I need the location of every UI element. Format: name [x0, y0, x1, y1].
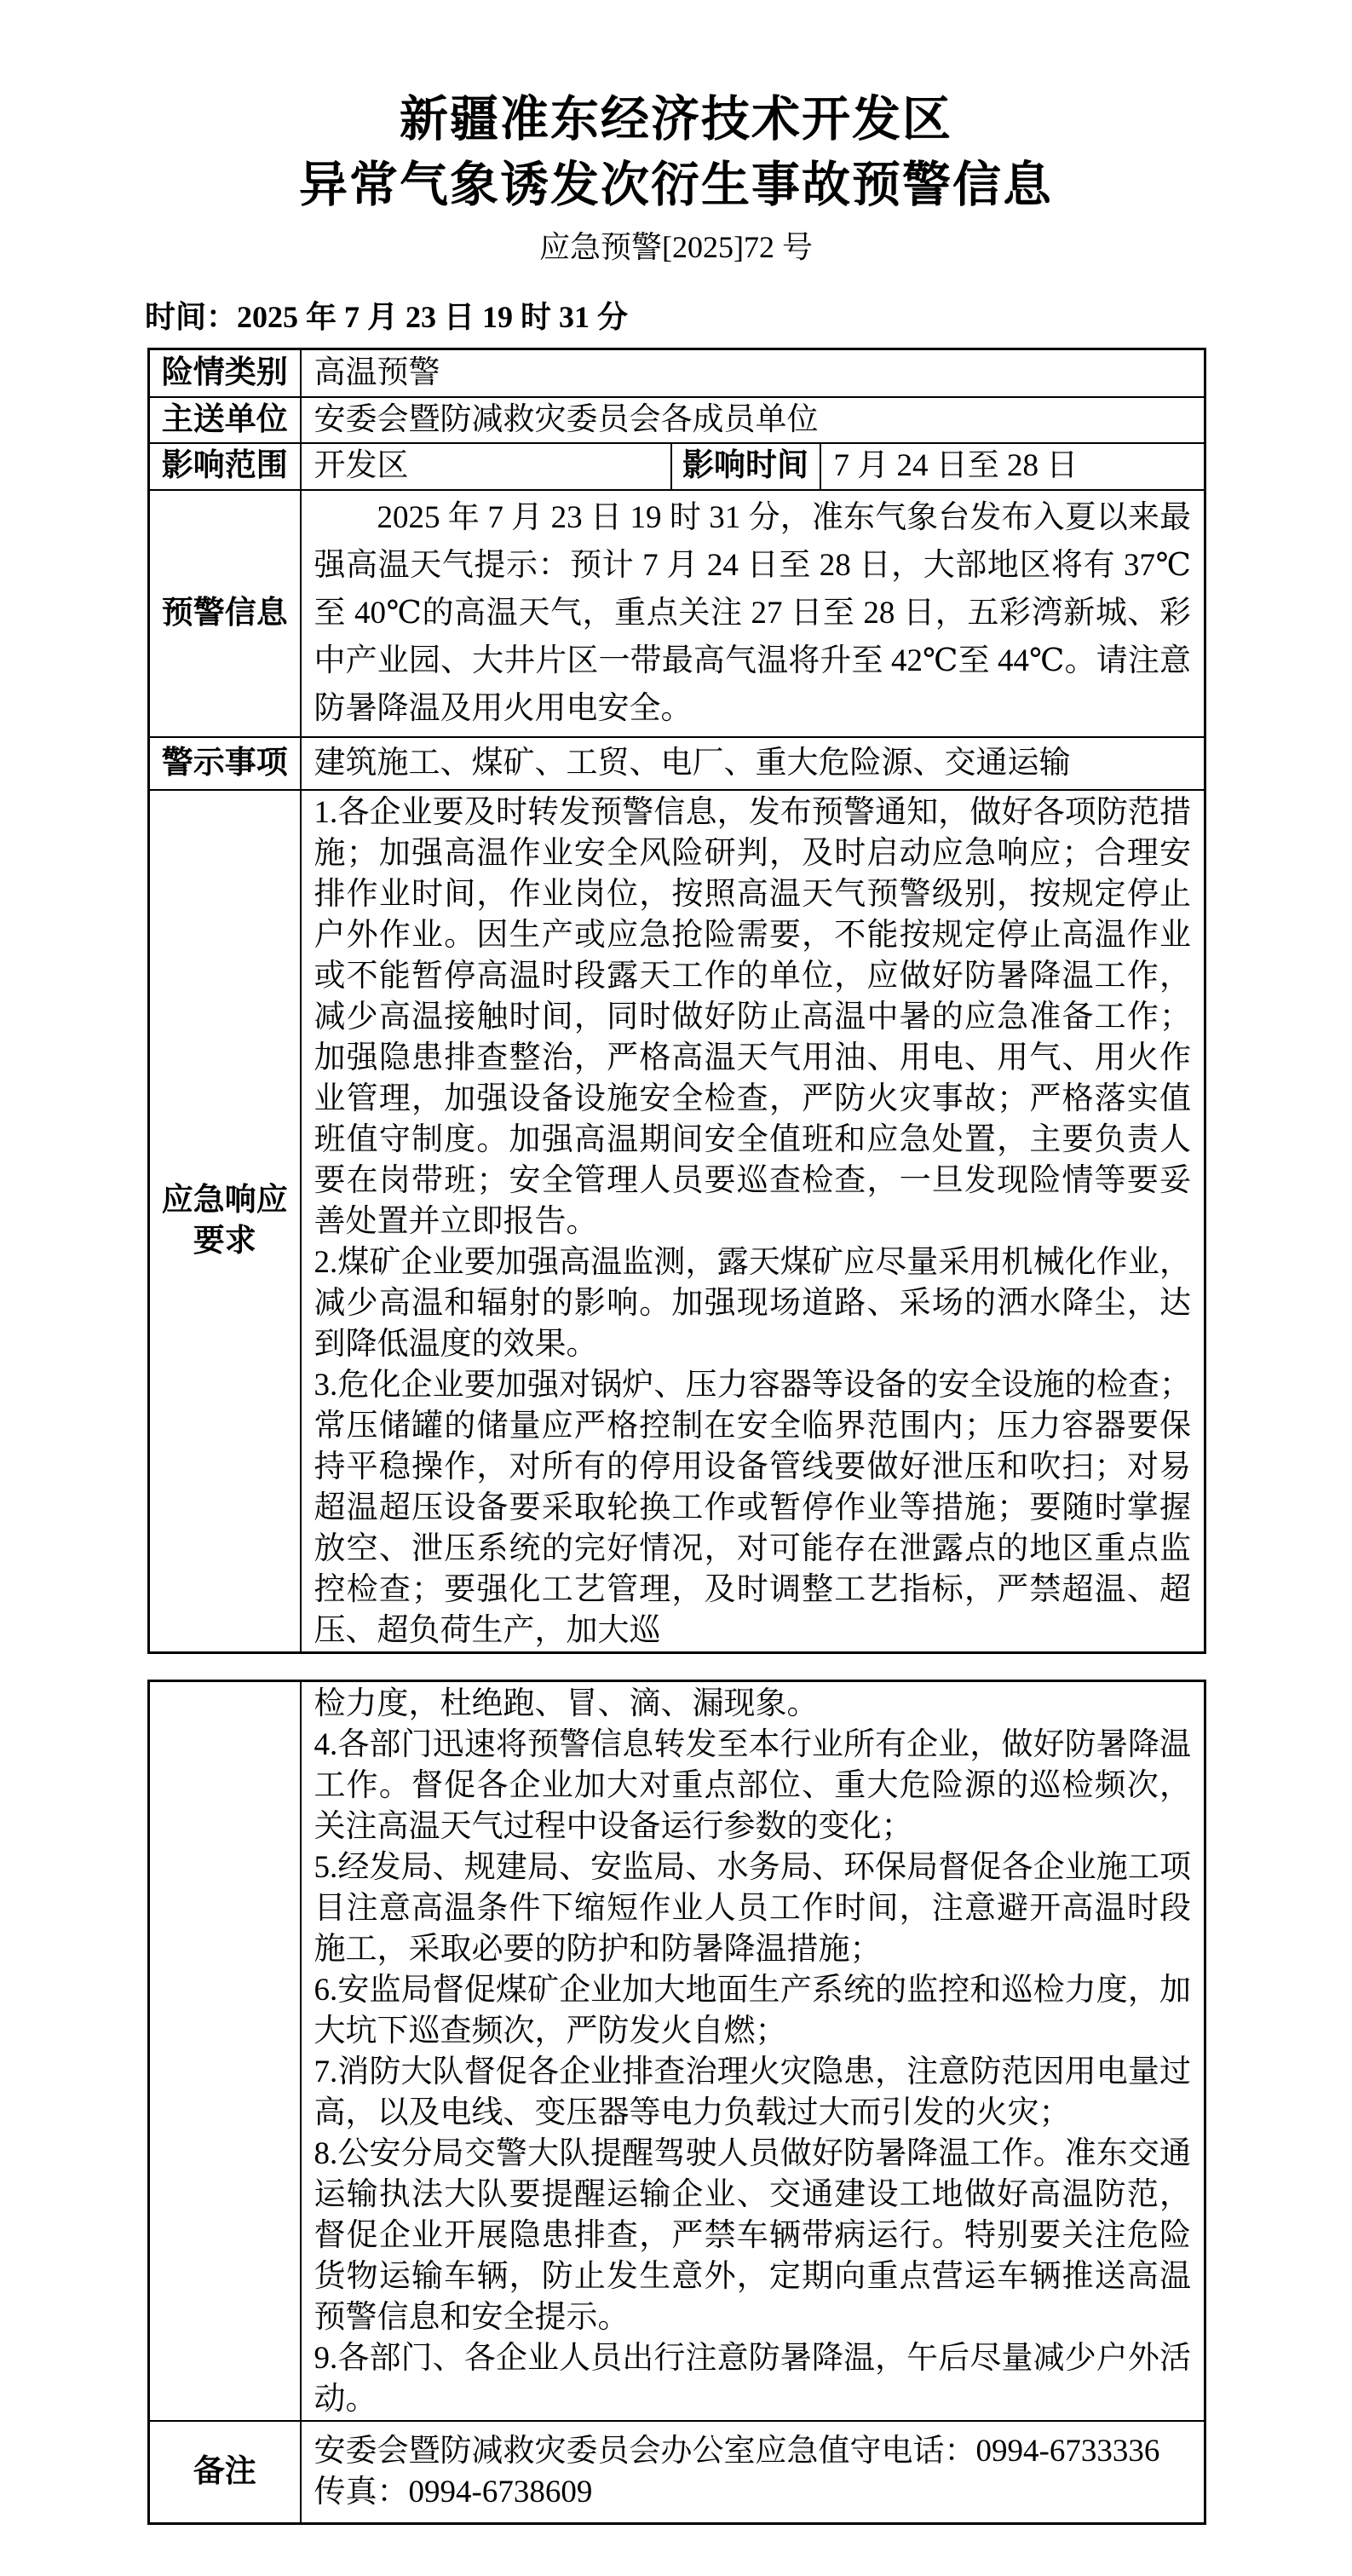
response-item-9: 9.各部门、各企业人员出行注意防暑降温，午后尽量减少户外活动。	[314, 2338, 1192, 2420]
response-items-part1: 1.各企业要及时转发预警信息，发布预警通知，做好各项防范措施；加强高温作业安全风…	[301, 790, 1205, 1653]
warning-table-part2: 检力度，杜绝跑、冒、滴、漏现象。 4.各部门迅速将预警信息转发至本行业所有企业，…	[147, 1680, 1206, 2526]
response-item-2: 2.煤矿企业要加强高温监测，露天煤矿应尽量采用机械化作业，减少高温和辐射的影响。…	[314, 1242, 1192, 1365]
response-item-8: 8.公安分局交警大队提醒驾驶人员做好防暑降温工作。准东交通运输执法大队要提醒运输…	[314, 2134, 1192, 2338]
alert-items-value: 建筑施工、煤矿、工贸、电厂、重大危险源、交通运输	[301, 737, 1205, 790]
alert-items-row: 警示事项 建筑施工、煤矿、工贸、电厂、重大危险源、交通运输	[149, 737, 1205, 790]
recipients-row: 主送单位 安委会暨防减救灾委员会各成员单位	[149, 397, 1205, 443]
warning-info-label: 预警信息	[149, 490, 301, 737]
scope-row: 影响范围 开发区 影响时间 7 月 24 日至 28 日	[149, 443, 1205, 490]
response-items-part2: 检力度，杜绝跑、冒、滴、漏现象。 4.各部门迅速将预警信息转发至本行业所有企业，…	[301, 1680, 1205, 2421]
remark-fax: 传真：0994-6738609	[314, 2472, 1192, 2513]
response-label-empty	[149, 1680, 301, 2421]
remark-phone: 安委会暨防减救灾委员会办公室应急值守电话：0994-6733336	[314, 2431, 1192, 2472]
impact-time-label: 影响时间	[671, 443, 820, 490]
document-number: 应急预警[2025]72 号	[0, 228, 1352, 266]
response-item-5: 5.经发局、规建局、安监局、水务局、环保局督促各企业施工项目注意高温条件下缩短作…	[314, 1847, 1192, 1970]
response-item-1: 1.各企业要及时转发预警信息，发布预警通知，做好各项防范措施；加强高温作业安全风…	[314, 792, 1192, 1242]
response-row-part1: 应急响应要求 1.各企业要及时转发预警信息，发布预警通知，做好各项防范措施；加强…	[149, 790, 1205, 1653]
warning-info-text: 2025 年 7 月 23 日 19 时 31 分，准东气象台发布入夏以来最强高…	[314, 494, 1192, 733]
response-item-3: 3.危化企业要加强对锅炉、压力容器等设备的安全设施的检查；常压储罐的储量应严格控…	[314, 1365, 1192, 1651]
warning-table-part1: 险情类别 高温预警 主送单位 安委会暨防减救灾委员会各成员单位 影响范围 开发区…	[147, 348, 1206, 1654]
recipients-value: 安委会暨防减救灾委员会各成员单位	[301, 397, 1205, 443]
document-title-line1: 新疆准东经济技术开发区	[0, 87, 1352, 153]
response-label: 应急响应要求	[149, 790, 301, 1653]
remark-label: 备注	[149, 2421, 301, 2524]
response-item-4: 4.各部门迅速将预警信息转发至本行业所有企业，做好防暑降温工作。督促各企业加大对…	[314, 1725, 1192, 1847]
issue-timestamp: 时间：2025 年 7 月 23 日 19 时 31 分	[145, 300, 1352, 334]
remark-row: 备注 安委会暨防减救灾委员会办公室应急值守电话：0994-6733336 传真：…	[149, 2421, 1205, 2524]
category-label: 险情类别	[149, 349, 301, 397]
category-value: 高温预警	[301, 349, 1205, 397]
alert-items-label: 警示事项	[149, 737, 301, 790]
warning-info-cell: 2025 年 7 月 23 日 19 时 31 分，准东气象台发布入夏以来最强高…	[301, 490, 1205, 737]
response-item-3-continued: 检力度，杜绝跑、冒、滴、漏现象。	[314, 1684, 1192, 1725]
category-row: 险情类别 高温预警	[149, 349, 1205, 397]
impact-time-value: 7 月 24 日至 28 日	[820, 443, 1205, 490]
warning-info-row: 预警信息 2025 年 7 月 23 日 19 时 31 分，准东气象台发布入夏…	[149, 490, 1205, 737]
response-row-part2: 检力度，杜绝跑、冒、滴、漏现象。 4.各部门迅速将预警信息转发至本行业所有企业，…	[149, 1680, 1205, 2421]
scope-label: 影响范围	[149, 443, 301, 490]
recipients-label: 主送单位	[149, 397, 301, 443]
response-item-7: 7.消防大队督促各企业排查治理火灾隐患，注意防范因用电量过高，以及电线、变压器等…	[314, 2052, 1192, 2134]
response-item-6: 6.安监局督促煤矿企业加大地面生产系统的监控和巡检力度，加大坑下巡查频次，严防发…	[314, 1970, 1192, 2052]
scope-value: 开发区	[301, 443, 671, 490]
document-title-line2: 异常气象诱发次衍生事故预警信息	[0, 153, 1352, 218]
remark-cell: 安委会暨防减救灾委员会办公室应急值守电话：0994-6733336 传真：099…	[301, 2421, 1205, 2524]
document-header: 新疆准东经济技术开发区 异常气象诱发次衍生事故预警信息 应急预警[2025]72…	[0, 87, 1352, 266]
